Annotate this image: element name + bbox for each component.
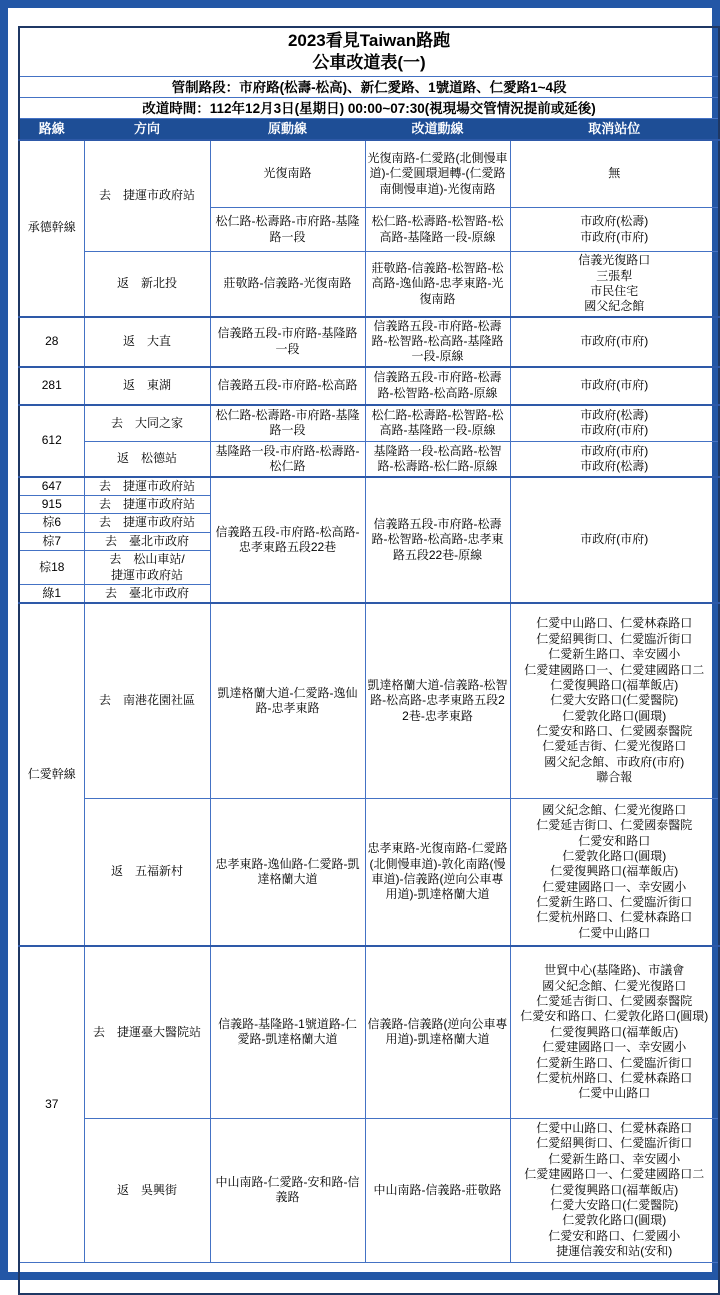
original-route-cell: 信義路-基隆路-1號道路-仁愛路-凱達格蘭大道 [210,946,365,1118]
direction-cell: 去 臺北市政府 [84,584,210,603]
cancelled-stops-cell: 無 [510,140,719,208]
direction-cell: 返 松德站 [84,442,210,477]
original-route-cell: 凱達格蘭大道-仁愛路-逸仙路-忠孝東路 [210,603,365,798]
direction-cell: 去 大同之家 [84,405,210,442]
original-route-cell: 信義路五段-市府路-基隆路一段 [210,317,365,367]
cancelled-stops-cell: 市政府(市府) 市政府(松壽) [510,442,719,477]
original-route-cell: 信義路五段-市府路-松高路 [210,367,365,405]
route-cell: 綠1 [19,584,84,603]
page-frame: 2023看見Taiwan路跑公車改道表(一) 管制路段：市府路(松壽-松高)、新… [0,0,720,1280]
table-row: 28返 大直信義路五段-市府路-基隆路一段信義路五段-市府路-松壽路-松智路-松… [19,317,719,367]
original-route-cell: 松仁路-松壽路-市府路-基隆路一段 [210,208,365,252]
restricted-section-row: 管制路段：市府路(松壽-松高)、新仁愛路、1號道路、仁愛路1~4段 [19,77,719,98]
route-cell: 647 [19,477,84,496]
original-route-cell: 松仁路-松壽路-市府路-基隆路一段 [210,405,365,442]
direction-cell: 去 捷運市政府站 [84,477,210,496]
table-row: 返 新北投莊敬路-信義路-光復南路莊敬路-信義路-松智路-松高路-逸仙路-忠孝東… [19,252,719,317]
detour-route-cell: 信義路五段-市府路-松壽路-松智路-松高路-忠孝東路五段22巷-原線 [365,477,510,604]
direction-cell: 返 大直 [84,317,210,367]
original-route-cell: 忠孝東路-逸仙路-仁愛路-凱達格蘭大道 [210,798,365,946]
route-cell: 28 [19,317,84,367]
column-header-original-route: 原動線 [210,119,365,140]
detour-route-cell: 信義路五段-市府路-松壽路-松智路-松高路-原線 [365,367,510,405]
column-header-row: 路線方向原動線改道動線取消站位 [19,119,719,140]
route-cell: 915 [19,496,84,514]
original-route-cell: 信義路五段-市府路-松高路-忠孝東路五段22巷 [210,477,365,604]
cancelled-stops-cell: 世貿中心(基隆路)、市議會 國父紀念館、仁愛光復路口 仁愛延吉街口、仁愛國泰醫院… [510,946,719,1118]
route-cell: 棕7 [19,532,84,550]
table-row: 返 松德站基隆路一段-市府路-松壽路-松仁路基隆路一段-松高路-松智路-松壽路-… [19,442,719,477]
direction-cell: 去 捷運市政府站 [84,496,210,514]
page-title: 2023看見Taiwan路跑公車改道表(一) [19,27,719,77]
direction-cell: 返 新北投 [84,252,210,317]
detour-route-cell: 凱達格蘭大道-信義路-松智路-松高路-忠孝東路五段22巷-忠孝東路 [365,603,510,798]
table-row: 返 吳興街中山南路-仁愛路-安和路-信義路中山南路-信義路-莊敬路仁愛中山路口、… [19,1118,719,1262]
route-cell: 承德幹線 [19,140,84,317]
cancelled-stops-cell: 仁愛中山路口、仁愛林森路口 仁愛紹興街口、仁愛臨沂街口 仁愛新生路口、幸安國小 … [510,1118,719,1262]
table-row: 647去 捷運市政府站信義路五段-市府路-松高路-忠孝東路五段22巷信義路五段-… [19,477,719,496]
title-line2: 公車改道表(一) [312,53,425,72]
direction-cell: 去 捷運市政府站 [84,140,210,252]
direction-cell: 返 五福新村 [84,798,210,946]
detour-route-cell: 信義路五段-市府路-松壽路-松智路-松高路-基隆路一段-原線 [365,317,510,367]
direction-cell: 去 捷運臺大醫院站 [84,946,210,1118]
detour-route-cell: 信義路-信義路(逆向公車專用道)-凱達格蘭大道 [365,946,510,1118]
original-route-cell: 中山南路-仁愛路-安和路-信義路 [210,1118,365,1262]
detour-route-cell: 中山南路-信義路-莊敬路 [365,1118,510,1262]
cancelled-stops-cell: 市政府(松壽) 市政府(市府) [510,208,719,252]
cancelled-stops-cell: 市政府(市府) [510,367,719,405]
cancelled-stops-cell: 國父紀念館、仁愛光復路口 仁愛延吉街口、仁愛國泰醫院 仁愛安和路口 仁愛敦化路口… [510,798,719,946]
detour-route-cell: 基隆路一段-松高路-松智路-松壽路-松仁路-原線 [365,442,510,477]
detour-route-cell: 松仁路-松壽路-松智路-松高路-基隆路一段-原線 [365,208,510,252]
table-row: 612去 大同之家松仁路-松壽路-市府路-基隆路一段松仁路-松壽路-松智路-松高… [19,405,719,442]
route-cell: 棕6 [19,514,84,532]
table-row: 仁愛幹線去 南港花園社區凱達格蘭大道-仁愛路-逸仙路-忠孝東路凱達格蘭大道-信義… [19,603,719,798]
empty-cell [19,1262,719,1294]
detour-time-row: 改道時間：112年12月3日(星期日) 00:00~07:30(視現場交管情況提… [19,98,719,119]
title-line1: 2023看見Taiwan路跑 [288,31,450,50]
direction-cell: 去 松山車站/ 捷運市政府站 [84,551,210,585]
table-head: 2023看見Taiwan路跑公車改道表(一) 管制路段：市府路(松壽-松高)、新… [19,27,719,140]
original-route-cell: 莊敬路-信義路-光復南路 [210,252,365,317]
column-header-cancelled-stops: 取消站位 [510,119,719,140]
empty-row [19,1262,719,1294]
detour-route-cell: 忠孝東路-光復南路-仁愛路(北側慢車道)-敦化南路(慢車道)-信義路(逆向公車專… [365,798,510,946]
restricted-section-text: 管制路段：市府路(松壽-松高)、新仁愛路、1號道路、仁愛路1~4段 [19,77,719,98]
cancelled-stops-cell: 市政府(市府) [510,317,719,367]
route-cell: 612 [19,405,84,477]
direction-cell: 去 捷運市政府站 [84,514,210,532]
cancelled-stops-cell: 市政府(市府) [510,477,719,604]
title-row: 2023看見Taiwan路跑公車改道表(一) [19,27,719,77]
original-route-cell: 光復南路 [210,140,365,208]
cancelled-stops-cell: 信義光復路口 三張犁 市民住宅 國父紀念館 [510,252,719,317]
direction-cell: 去 臺北市政府 [84,532,210,550]
route-cell: 仁愛幹線 [19,603,84,946]
table-row: 281返 東湖信義路五段-市府路-松高路信義路五段-市府路-松壽路-松智路-松高… [19,367,719,405]
direction-cell: 返 東湖 [84,367,210,405]
table-body: 承德幹線去 捷運市政府站光復南路光復南路-仁愛路(北側慢車道)-仁愛圓環迴轉-(… [19,140,719,1295]
bus-detour-notice: 2023看見Taiwan路跑公車改道表(一) 管制路段：市府路(松壽-松高)、新… [18,26,718,1295]
detour-table: 2023看見Taiwan路跑公車改道表(一) 管制路段：市府路(松壽-松高)、新… [18,26,720,1295]
route-cell: 棕18 [19,551,84,585]
detour-route-cell: 松仁路-松壽路-松智路-松高路-基隆路一段-原線 [365,405,510,442]
cancelled-stops-cell: 市政府(松壽) 市政府(市府) [510,405,719,442]
cancelled-stops-cell: 仁愛中山路口、仁愛林森路口 仁愛紹興街口、仁愛臨沂街口 仁愛新生路口、幸安國小 … [510,603,719,798]
direction-cell: 去 南港花園社區 [84,603,210,798]
detour-route-cell: 莊敬路-信義路-松智路-松高路-逸仙路-忠孝東路-光復南路 [365,252,510,317]
table-row: 返 五福新村忠孝東路-逸仙路-仁愛路-凱達格蘭大道忠孝東路-光復南路-仁愛路(北… [19,798,719,946]
column-header-detour-route: 改道動線 [365,119,510,140]
column-header-route: 路線 [19,119,84,140]
route-cell: 37 [19,946,84,1262]
table-row: 37去 捷運臺大醫院站信義路-基隆路-1號道路-仁愛路-凱達格蘭大道信義路-信義… [19,946,719,1118]
detour-time-text: 改道時間：112年12月3日(星期日) 00:00~07:30(視現場交管情況提… [19,98,719,119]
original-route-cell: 基隆路一段-市府路-松壽路-松仁路 [210,442,365,477]
column-header-direction: 方向 [84,119,210,140]
route-cell: 281 [19,367,84,405]
table-row: 承德幹線去 捷運市政府站光復南路光復南路-仁愛路(北側慢車道)-仁愛圓環迴轉-(… [19,140,719,208]
direction-cell: 返 吳興街 [84,1118,210,1262]
detour-route-cell: 光復南路-仁愛路(北側慢車道)-仁愛圓環迴轉-(仁愛路南側慢車道)-光復南路 [365,140,510,208]
